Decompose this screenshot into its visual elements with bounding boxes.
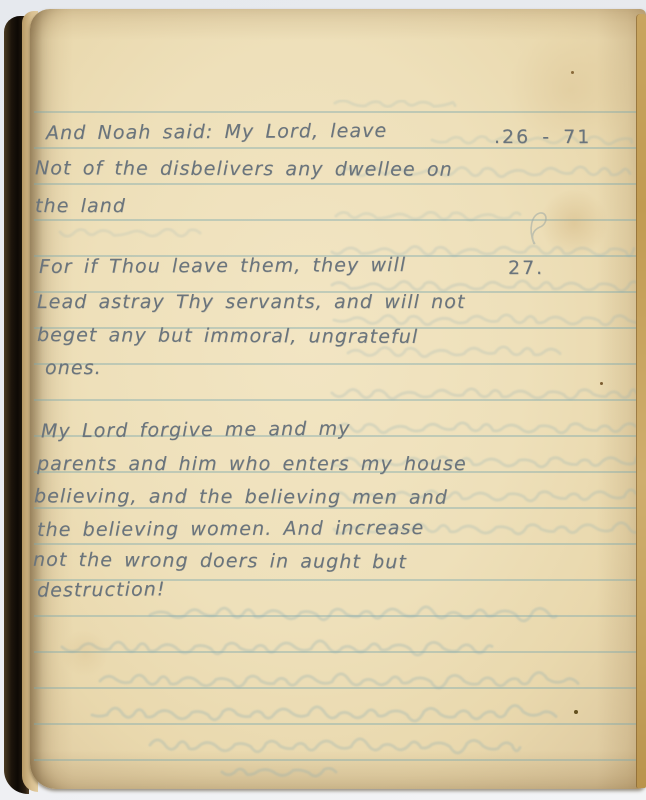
scanned-notebook-photo: And Noah said: My Lord, leave .26 - 71 N… bbox=[0, 0, 646, 800]
handwritten-line: the believing women. And increase bbox=[37, 517, 424, 541]
verse-reference: .26 - 71 bbox=[494, 126, 591, 148]
handwritten-line: And Noah said: My Lord, leave bbox=[46, 120, 387, 144]
paper-speck bbox=[571, 71, 574, 74]
handwritten-line: My Lord forgive me and my bbox=[41, 418, 351, 443]
handwritten-line: the land bbox=[35, 195, 126, 217]
handwritten-line: ones. bbox=[45, 357, 102, 379]
handwritten-line: For if Thou leave them, they will bbox=[39, 254, 406, 278]
handwritten-line: believing, and the believing men and bbox=[34, 485, 448, 508]
handwritten-line: parents and him who enters my house bbox=[37, 453, 467, 475]
paper-speck bbox=[574, 710, 578, 714]
handwritten-line: not the wrong doers in aught but bbox=[33, 549, 407, 574]
handwritten-line: destruction! bbox=[37, 578, 166, 601]
handwritten-line: Not of the disbelivers any dwellee on bbox=[35, 157, 453, 180]
handwritten-line: Lead astray Thy servants, and will not bbox=[37, 291, 466, 313]
verse-reference: 27. bbox=[508, 257, 544, 279]
handwritten-line: beget any but immoral, ungrateful bbox=[37, 324, 418, 348]
page-fore-edge bbox=[636, 14, 646, 788]
paper-speck bbox=[600, 382, 603, 385]
